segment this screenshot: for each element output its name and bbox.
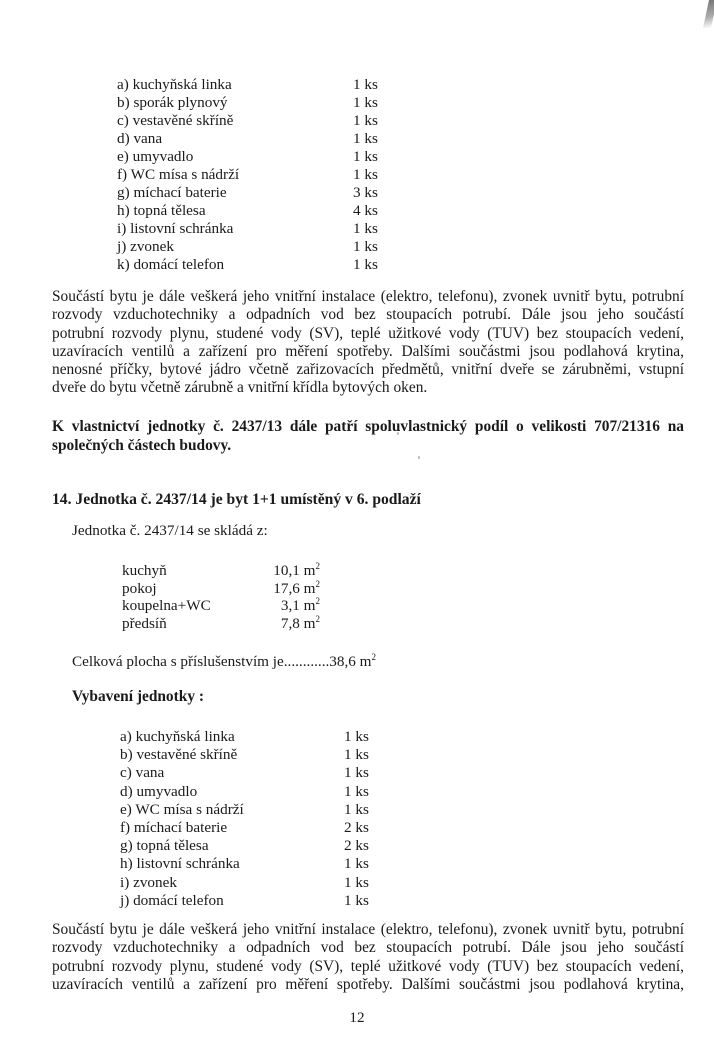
equipment-item-label: h) topná tělesa [117,202,353,220]
equipment-item: d) vana1 ks [117,130,378,148]
equipment-item-label: j) domácí telefon [120,892,344,910]
equipment-item-label: c) vana [120,764,344,782]
equipment-item-qty: 1 ks [353,166,378,184]
equipment-item-qty: 4 ks [353,202,378,220]
equipment-item: b) sporák plynový1 ks [117,94,378,112]
equipment-item: e) umyvadlo1 ks [117,148,378,166]
equipment-item-qty: 1 ks [353,220,378,238]
equipment-item-qty: 1 ks [353,94,378,112]
room-row: pokoj 17,6 m2 [122,580,320,598]
equipment-item: c) vana1 ks [120,764,369,782]
equipment-item: j) domácí telefon1 ks [120,892,369,910]
equipment-list-unit-13: a) kuchyňská linka1 ks b) sporák plynový… [117,76,378,274]
equipment-item-qty: 1 ks [344,746,369,764]
equipment-item: f) míchací baterie2 ks [120,819,369,837]
paragraph-line: rozvody vzduchotechniky a odpadních vod … [52,939,684,957]
equipment-item: g) topná tělesa2 ks [120,837,369,855]
document-page: a) kuchyňská linka1 ks b) sporák plynový… [0,0,714,1042]
equipment-item: j) zvonek1 ks [117,238,378,256]
equipment-item-qty: 1 ks [353,148,378,166]
equipment-item: e) WC mísa s nádrží1 ks [120,801,369,819]
equipment-item-label: h) listovní schránka [120,855,344,873]
paragraph-line: rozvody vzduchotechniky a odpadních vod … [52,306,684,324]
equipment-item-qty: 1 ks [353,76,378,94]
equipment-item: i) listovní schránka1 ks [117,220,378,238]
room-row: koupelna+WC 3,1 m2 [122,597,320,615]
room-name: předsíň [122,615,242,633]
equipment-item-qty: 2 ks [344,837,369,855]
equipment-item-label: i) zvonek [120,874,344,892]
equipment-item-qty: 1 ks [344,874,369,892]
room-name: pokoj [122,580,242,598]
paragraph-line: Součástí bytu je dále veškerá jeho vnitř… [52,921,684,939]
equipment-item-qty: 1 ks [353,256,378,274]
room-name: koupelna+WC [122,597,242,615]
scan-speck [418,456,420,459]
equipment-item-label: g) míchací baterie [117,184,353,202]
equipment-item-label: j) zvonek [117,238,353,256]
equipment-heading: Vybavení jednotky : [72,688,204,706]
equipment-item: k) domácí telefon1 ks [117,256,378,274]
equipment-item: g) míchací baterie3 ks [117,184,378,202]
equipment-item-qty: 1 ks [344,728,369,746]
unit-components-paragraph: Součástí bytu je dále veškerá jeho vnitř… [52,921,684,994]
equipment-item-label: a) kuchyňská linka [120,728,344,746]
paragraph-line: uzavíracích ventilů a zařízení pro měřen… [52,343,684,361]
room-area: 10,1 m2 [242,562,320,580]
paragraph-line: uzavíracích ventilů a zařízení pro měřen… [52,976,684,994]
unit-components-paragraph: Součástí bytu je dále veškerá jeho vnitř… [52,288,684,398]
equipment-item-label: k) domácí telefon [117,256,353,274]
equipment-item-qty: 1 ks [353,238,378,256]
equipment-item: c) vestavěné skříně1 ks [117,112,378,130]
equipment-item-label: a) kuchyňská linka [117,76,353,94]
equipment-item: a) kuchyňská linka1 ks [117,76,378,94]
equipment-item-label: d) umyvadlo [120,783,344,801]
equipment-item: f) WC mísa s nádrží1 ks [117,166,378,184]
statement-line: společných částech budovy. [52,437,684,456]
room-row: předsíň 7,8 m2 [122,615,320,633]
equipment-item-qty: 1 ks [344,892,369,910]
equipment-item-label: b) vestavěné skříně [120,746,344,764]
room-area: 17,6 m2 [242,580,320,598]
room-area: 7,8 m2 [242,615,320,633]
paragraph-line: Součástí bytu je dále veškerá jeho vnitř… [52,288,684,306]
equipment-item-label: e) WC mísa s nádrží [120,801,344,819]
scan-speck [397,432,399,435]
page-number: 12 [0,1009,714,1027]
unit-intro: Jednotka č. 2437/14 se skládá z: [72,522,268,540]
room-list: kuchyň 10,1 m2 pokoj 17,6 m2 koupelna+WC… [122,562,320,632]
equipment-item: b) vestavěné skříně1 ks [120,746,369,764]
paragraph-line: potrubní rozvody plynu, studené vody (SV… [52,325,684,343]
equipment-item-label: f) míchací baterie [120,819,344,837]
equipment-item-label: c) vestavěné skříně [117,112,353,130]
equipment-list-unit-14: a) kuchyňská linka1 ks b) vestavěné skří… [120,728,369,910]
equipment-item-qty: 1 ks [353,130,378,148]
equipment-item-label: d) vana [117,130,353,148]
paragraph-line: potrubní rozvody plynu, studené vody (SV… [52,958,684,976]
equipment-item-qty: 3 ks [353,184,378,202]
room-name: kuchyň [122,562,242,580]
equipment-item-label: b) sporák plynový [117,94,353,112]
equipment-item-qty: 1 ks [344,764,369,782]
equipment-item-qty: 1 ks [344,801,369,819]
equipment-item-label: g) topná tělesa [120,837,344,855]
equipment-item-qty: 1 ks [344,855,369,873]
room-area: 3,1 m2 [242,597,320,615]
equipment-item-label: i) listovní schránka [117,220,353,238]
scan-corner-mark [703,0,714,28]
paragraph-line: nenosné příčky, bytové jádro včetně zaři… [52,361,684,379]
statement-line: K vlastnictví jednotky č. 2437/13 dále p… [52,418,684,437]
equipment-item: h) topná tělesa4 ks [117,202,378,220]
equipment-item-qty: 1 ks [344,783,369,801]
equipment-item: a) kuchyňská linka1 ks [120,728,369,746]
equipment-item-label: e) umyvadlo [117,148,353,166]
ownership-share-statement: K vlastnictví jednotky č. 2437/13 dále p… [52,418,684,455]
equipment-item: h) listovní schránka1 ks [120,855,369,873]
equipment-item-label: f) WC mísa s nádrží [117,166,353,184]
section-heading: 14. Jednotka č. 2437/14 je byt 1+1 umíst… [52,491,421,509]
equipment-item-qty: 1 ks [353,112,378,130]
room-row: kuchyň 10,1 m2 [122,562,320,580]
equipment-item-qty: 2 ks [344,819,369,837]
equipment-item: d) umyvadlo1 ks [120,783,369,801]
paragraph-line: dveře do bytu včetně zárubně a vnitřní k… [52,379,684,397]
total-area: Celková plocha s příslušenstvím je......… [72,653,376,671]
equipment-item: i) zvonek1 ks [120,874,369,892]
